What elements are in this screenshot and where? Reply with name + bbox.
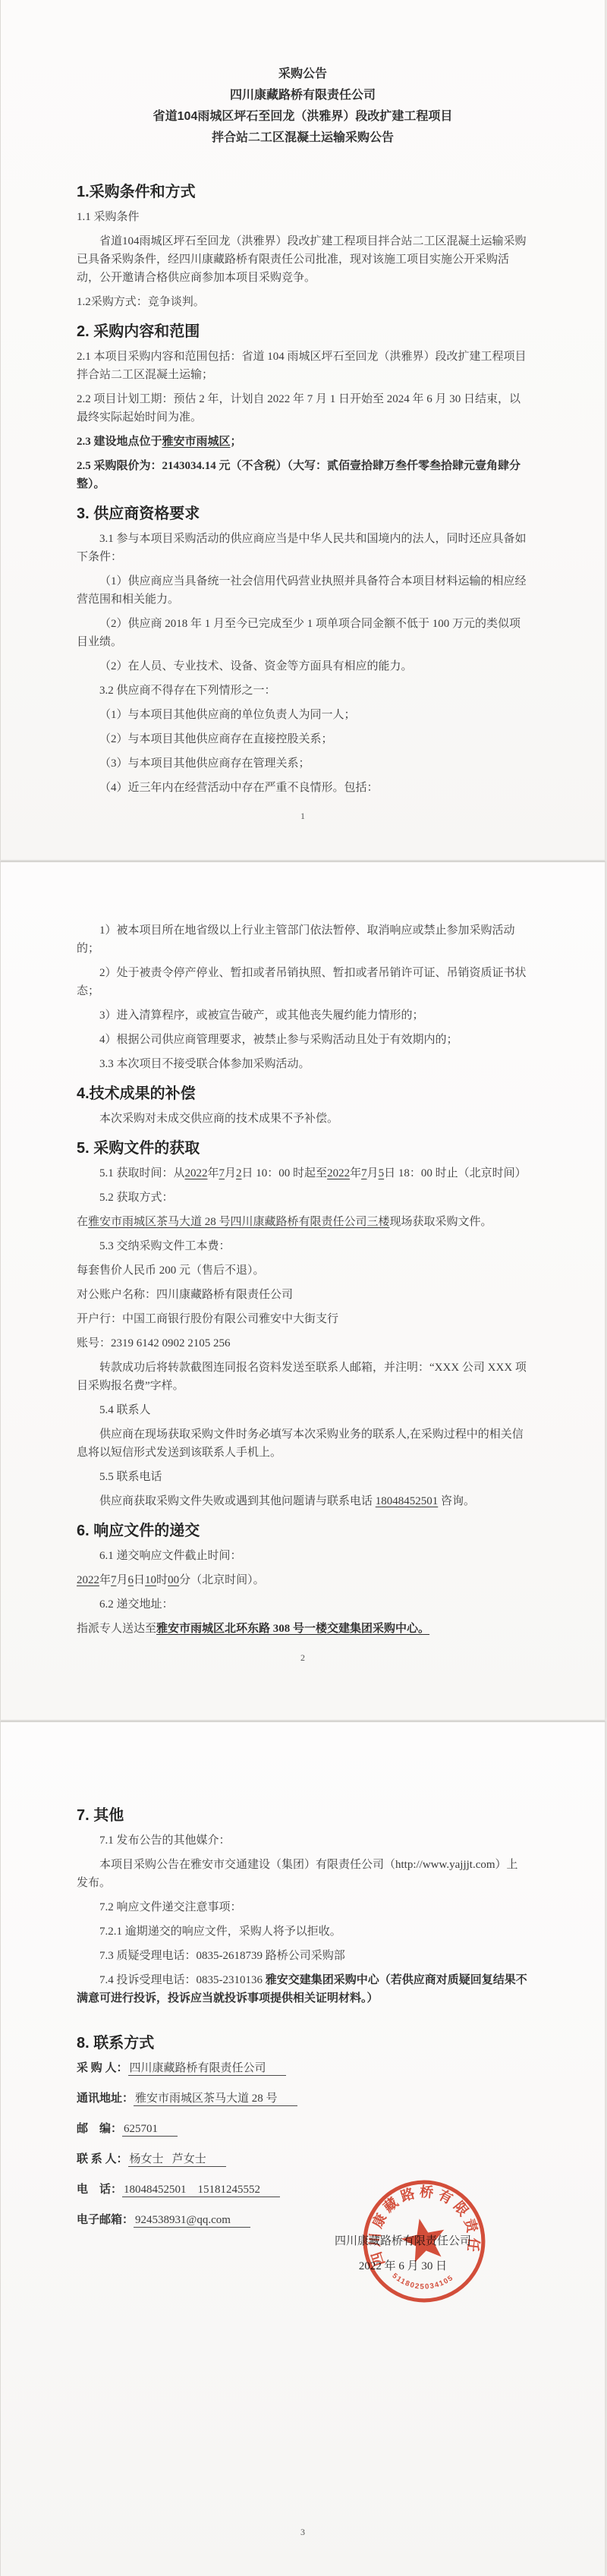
text-segment: 月 bbox=[117, 1574, 128, 1586]
para-6-1: 6.1 递交响应文件截止时间： bbox=[77, 1547, 529, 1565]
contact-value: 924538931@qq.com bbox=[134, 2214, 250, 2228]
para-2-5: 2.5 采购限价为：2143034.14 元（不含税）（大写：贰佰壹拾肆万叁仟零… bbox=[77, 457, 529, 493]
para-5-5: 5.5 联系电话 bbox=[77, 1468, 529, 1486]
contact-label: 通讯地址： bbox=[77, 2093, 134, 2105]
doc-title-line-3: 省道104雨城区坪石至回龙（洪雅界）段改扩建工程项目 bbox=[77, 106, 529, 128]
para-7-2: 7.2 响应文件递交注意事项： bbox=[77, 1898, 529, 1916]
section-3-heading: 3. 供应商资格要求 bbox=[77, 504, 529, 524]
para-1-1: 1.1 采购条件 bbox=[77, 208, 529, 226]
para-3-2-item-3: （3）与本项目其他供应商存在管理关系； bbox=[77, 754, 529, 773]
doc-title-line-1: 采购公告 bbox=[77, 64, 529, 85]
text-segment: 2022 bbox=[327, 1167, 350, 1179]
para-3-2-sub-4: 4）根据公司供应商管理要求，被禁止参与采购活动且处于有效期内的； bbox=[77, 1031, 529, 1049]
text-segment: 6 bbox=[128, 1574, 134, 1586]
text-segment: 雅安市雨城区 bbox=[162, 436, 231, 448]
para-5-4: 5.4 联系人 bbox=[77, 1401, 529, 1419]
para-5-3-note: 转款成功后将转款截图连同报名资料发送至联系人邮箱，并注明：“XXX 公司 XXX… bbox=[77, 1359, 529, 1395]
para-6-1-deadline: 2022年7月6日10时00分（北京时间）。 bbox=[77, 1571, 529, 1589]
para-3-2-sub-3: 3）进入清算程序，或被宣告破产，或其他丧失履约能力情形的； bbox=[77, 1006, 529, 1025]
text-segment: 5 bbox=[379, 1167, 385, 1179]
para-5-2: 5.2 获取方式： bbox=[77, 1189, 529, 1207]
contact-row-postcode: 邮 编：625701 bbox=[77, 2120, 529, 2138]
star-icon bbox=[398, 2214, 449, 2264]
contact-label: 采 购 人： bbox=[77, 2062, 128, 2074]
para-5-5-phone: 供应商获取采购文件失败或遇到其他问题请与联系电话 18048452501 咨询。 bbox=[77, 1492, 529, 1510]
para-3-2-sub-2: 2）处于被责令停产停业、暂扣或者吊销执照、暂扣或者吊销许可证、吊销资质证书状态； bbox=[77, 964, 529, 1000]
text-segment: 18048452501 bbox=[376, 1495, 439, 1507]
text-segment: 7 bbox=[219, 1167, 225, 1179]
para-5-3-price: 每套售价人民币 200 元（售后不退）。 bbox=[77, 1261, 529, 1280]
text-segment: 2022 bbox=[77, 1574, 99, 1586]
text-segment: 2.3 建设地点位于 bbox=[77, 436, 162, 448]
para-5-4-body: 供应商在现场获取采购文件时务必填写本次采购业务的联系人,在采购过程中的相关信息将… bbox=[77, 1425, 529, 1462]
page-2: 1）被本项目所在地省级以上行业主管部门依法暂停、取消响应或禁止参加采购活动的； … bbox=[0, 862, 605, 1720]
section-4-heading: 4.技术成果的补偿 bbox=[77, 1084, 529, 1104]
scanned-document: 采购公告 四川康藏路桥有限责任公司 省道104雨城区坪石至回龙（洪雅界）段改扩建… bbox=[0, 0, 607, 2576]
para-7-3: 7.3 质疑受理电话：0835-2618739 路桥公司采购部 bbox=[77, 1947, 529, 1965]
para-5-3-account-number: 账号：2319 6142 0902 2105 256 bbox=[77, 1334, 529, 1353]
text-segment: 咨询。 bbox=[438, 1495, 475, 1507]
text-segment: 月 bbox=[367, 1167, 379, 1179]
para-5-3-account-name: 对公账户名称：四川康藏路桥有限责任公司 bbox=[77, 1286, 529, 1304]
para-5-3-bank: 开户行：中国工商银行股份有限公司雅安中大街支行 bbox=[77, 1310, 529, 1328]
contact-value: 四川康藏路桥有限责任公司 bbox=[128, 2062, 286, 2076]
text-segment: 雅安市雨城区茶马大道 28 号四川康藏路桥有限责任公司三楼 bbox=[88, 1216, 390, 1228]
para-3-2-item-2: （2）与本项目其他供应商存在直接控股关系； bbox=[77, 730, 529, 748]
para-3-1: 3.1 参与本项目采购活动的供应商应当是中华人民共和国境内的法人，同时还应具备如… bbox=[77, 530, 529, 566]
text-segment: 供应商获取采购文件失败或遇到其他问题请与联系电话 bbox=[99, 1495, 376, 1507]
text-segment: 月 bbox=[225, 1167, 236, 1179]
para-3-2-item-1: （1）与本项目其他供应商的单位负责人为同一人； bbox=[77, 706, 529, 724]
text-segment: 年 bbox=[99, 1574, 111, 1586]
svg-text:5118025034105: 5118025034105 bbox=[389, 2260, 456, 2299]
para-4-body: 本次采购对未成交供应商的技术成果不予补偿。 bbox=[77, 1110, 529, 1128]
contact-row-purchaser: 采 购 人：四川康藏路桥有限责任公司 bbox=[77, 2059, 529, 2077]
text-segment: ； bbox=[231, 436, 242, 448]
text-segment: 时 bbox=[156, 1574, 168, 1586]
text-segment: 雅安市雨城区北环东路 308 号一楼交建集团采购中心。 bbox=[156, 1623, 429, 1635]
para-6-2: 6.2 递交地址： bbox=[77, 1595, 529, 1614]
para-5-3: 5.3 交纳采购文件工本费： bbox=[77, 1237, 529, 1255]
para-3-2: 3.2 供应商不得存在下列情形之一： bbox=[77, 682, 529, 700]
para-7-2-1: 7.2.1 逾期递交的响应文件，采购人将予以拒收。 bbox=[77, 1923, 529, 1941]
para-1-2: 1.2采购方式：竞争谈判。 bbox=[77, 293, 529, 311]
para-3-1-item-2: （2）供应商 2018 年 1 月至今已完成至少 1 项单项合同金额不低于 10… bbox=[77, 615, 529, 651]
text-segment: 日 18：00 时止（北京时间） bbox=[384, 1167, 527, 1179]
seal-number: 5118025034105 bbox=[389, 2260, 456, 2299]
section-6-heading: 6. 响应文件的递交 bbox=[77, 1521, 529, 1541]
section-7-heading: 7. 其他 bbox=[77, 1806, 529, 1825]
text-segment: 10 bbox=[145, 1574, 156, 1586]
doc-title-line-2: 四川康藏路桥有限责任公司 bbox=[77, 85, 529, 106]
text-segment: 分（北京时间）。 bbox=[179, 1574, 265, 1586]
contact-value: 雅安市雨城区茶马大道 28 号 bbox=[134, 2093, 297, 2106]
para-3-2-sub-1: 1）被本项目所在地省级以上行业主管部门依法暂停、取消响应或禁止参加采购活动的； bbox=[77, 921, 529, 958]
contact-value: 18048452501 15181245552 bbox=[122, 2184, 280, 2197]
contact-label: 电子邮箱： bbox=[77, 2214, 134, 2226]
para-2-2: 2.2 项目计划工期：预估 2 年，计划自 2022 年 7 月 1 日开始至 … bbox=[77, 390, 529, 427]
para-3-1-item-1: （1）供应商应当具备统一社会信用代码营业执照并具备符合本项目材料运输的相应经营范… bbox=[77, 572, 529, 609]
para-3-3: 3.3 本次项目不接受联合体参加采购活动。 bbox=[77, 1055, 529, 1073]
contact-label: 邮 编： bbox=[77, 2123, 122, 2135]
para-7-4: 7.4 投诉受理电话：0835-2310136 雅安交建集团采购中心（若供应商对… bbox=[77, 1971, 529, 2008]
text-segment: 7.4 投诉受理电话：0835-2310136 bbox=[99, 1974, 266, 1986]
contact-value: 625701 bbox=[122, 2123, 178, 2137]
text-segment: 7 bbox=[111, 1574, 117, 1586]
para-7-1-body: 本项目采购公告在雅安市交通建设（集团）有限责任公司（http://www.yaj… bbox=[77, 1856, 529, 1892]
text-segment: 年 bbox=[208, 1167, 219, 1179]
text-segment: 在 bbox=[77, 1216, 88, 1228]
para-7-1: 7.1 发布公告的其他媒介： bbox=[77, 1831, 529, 1850]
para-5-2-address: 在雅安市雨城区茶马大道 28 号四川康藏路桥有限责任公司三楼现场获取采购文件。 bbox=[77, 1213, 529, 1231]
contact-row-address: 通讯地址：雅安市雨城区茶马大道 28 号 bbox=[77, 2089, 529, 2108]
contact-row-person: 联 系 人：杨女士 芦女士 bbox=[77, 2150, 529, 2168]
text-segment: 7 bbox=[361, 1167, 367, 1179]
text-segment: 指派专人送达至 bbox=[77, 1623, 156, 1635]
page-number: 2 bbox=[1, 1649, 605, 1667]
para-3-2-item-4: （4）近三年内在经营活动中存在严重不良情形。包括： bbox=[77, 779, 529, 797]
para-1-1-body: 省道104雨城区坪石至回龙（洪雅界）段改扩建工程项目拌合站二工区混凝土运输采购已… bbox=[77, 232, 529, 287]
text-segment: 2 bbox=[236, 1167, 242, 1179]
doc-title-line-4: 拌合站二工区混凝土运输采购公告 bbox=[77, 128, 529, 149]
company-seal: 四川康藏路桥有限责任公司 5118025034105 bbox=[347, 2164, 502, 2319]
para-5-1: 5.1 获取时间：从2022年7月2日 10：00 时起至2022年7月5日 1… bbox=[77, 1164, 529, 1183]
text-segment: 现场获取采购文件。 bbox=[390, 1216, 492, 1228]
section-1-heading: 1.采购条件和方式 bbox=[77, 182, 529, 202]
para-2-3: 2.3 建设地点位于雅安市雨城区； bbox=[77, 433, 529, 451]
contact-value: 杨女士 芦女士 bbox=[128, 2153, 226, 2167]
page-1: 采购公告 四川康藏路桥有限责任公司 省道104雨城区坪石至回龙（洪雅界）段改扩建… bbox=[0, 0, 605, 860]
para-3-1-item-3: （2）在人员、专业技术、设备、资金等方面具有相应的能力。 bbox=[77, 657, 529, 675]
section-8-heading: 8. 联系方式 bbox=[77, 2033, 529, 2053]
text-segment: 雅安交建集团采购中心 bbox=[266, 1974, 379, 1986]
contact-label: 电 话： bbox=[77, 2184, 122, 2196]
contact-label: 联 系 人： bbox=[77, 2153, 128, 2165]
para-6-2-address: 指派专人送达至雅安市雨城区北环东路 308 号一楼交建集团采购中心。 bbox=[77, 1620, 529, 1638]
text-segment: 日 bbox=[134, 1574, 145, 1586]
page-number: 3 bbox=[1, 2523, 605, 2541]
page-3: 7. 其他 7.1 发布公告的其他媒介： 本项目采购公告在雅安市交通建设（集团）… bbox=[0, 1722, 605, 2576]
text-segment: 00 bbox=[168, 1574, 179, 1586]
page-number: 1 bbox=[1, 807, 605, 825]
text-segment: 2022 bbox=[185, 1167, 208, 1179]
text-segment: 5.1 获取时间：从 bbox=[99, 1167, 185, 1179]
section-5-heading: 5. 采购文件的获取 bbox=[77, 1138, 529, 1158]
text-segment: 年 bbox=[350, 1167, 361, 1179]
text-segment: 日 10：00 时起至 bbox=[242, 1167, 328, 1179]
para-2-1: 2.1 本项目采购内容和范围包括：省道 104 雨城区坪石至回龙（洪雅界）段改扩… bbox=[77, 348, 529, 384]
section-2-heading: 2. 采购内容和范围 bbox=[77, 322, 529, 342]
